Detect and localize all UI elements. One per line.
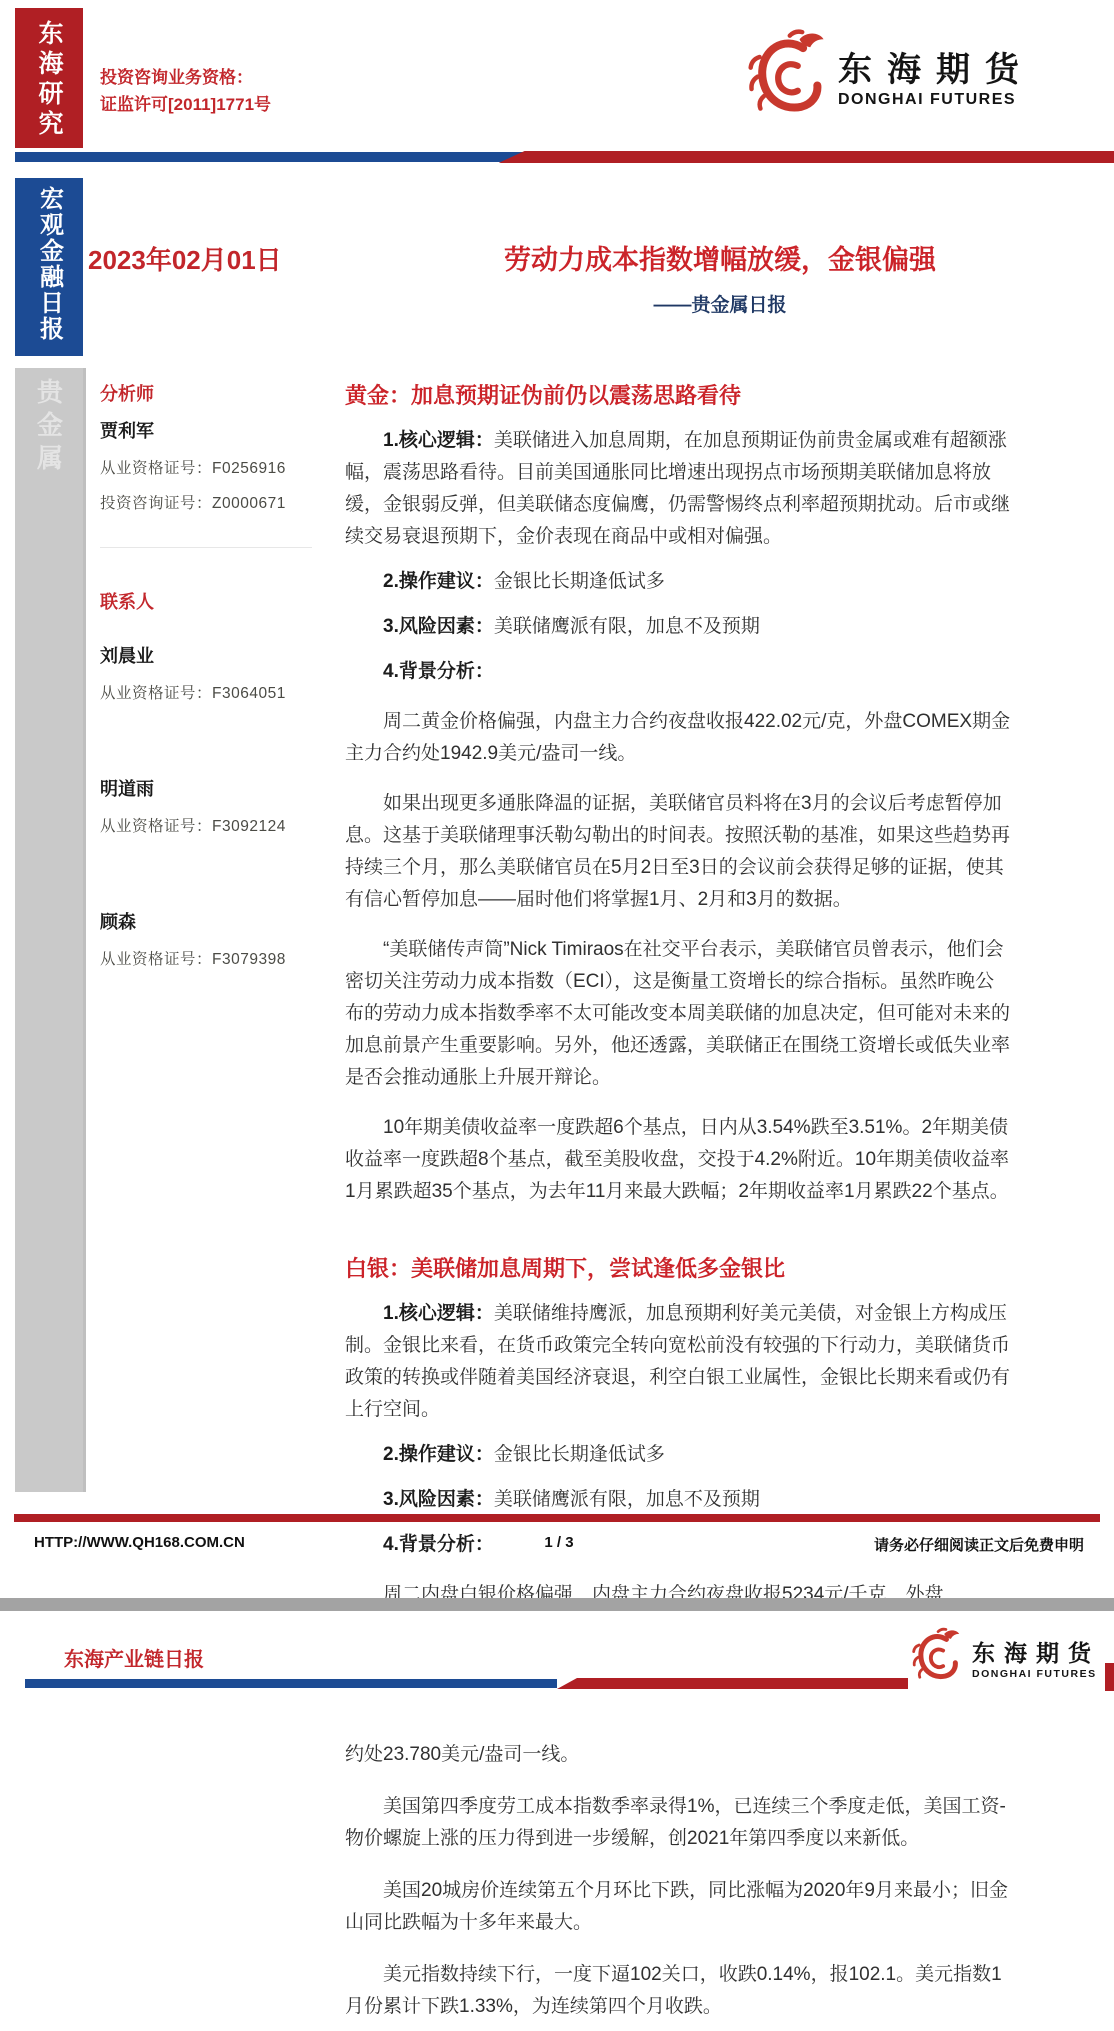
report-date: 2023年02月01日 — [88, 240, 282, 277]
report-page-2: 东海产业链日报 东海期货 DONGHAI FUTURES 约处23.780美元/… — [0, 1611, 1114, 2031]
contact-entry: 刘晨业 从业资格证号：F3064051 — [100, 642, 312, 703]
gold-background-label-row: 4.背景分析： — [345, 656, 1011, 688]
silver-risk-label: 3.风险因素： — [383, 1489, 494, 1510]
dragon-logo-icon — [912, 1625, 962, 1690]
contact-label: 联系人 — [100, 588, 312, 614]
analyst-cert-1: 从业资格证号：F0256916 — [100, 456, 312, 478]
contact-name: 顾森 — [100, 908, 312, 934]
gold-section-heading: 黄金：加息预期证伪前仍以震荡思路看待 — [345, 379, 1011, 410]
header-divider-red — [499, 151, 1114, 163]
gold-background-paragraph: 如果出现更多通胀降温的证据，美联储官员料将在3月的会议后考虑暂停加息。这基于美联… — [345, 788, 1011, 916]
gold-background-label: 4.背景分析： — [383, 661, 494, 682]
silver-risk: 3.风险因素：美联储鹰派有限，加息不及预期 — [345, 1484, 1011, 1516]
company-logo: 东海期货 DONGHAI FUTURES — [748, 26, 1034, 125]
qualification-line1: 投资咨询业务资格： — [100, 64, 271, 91]
contact-name: 明道雨 — [100, 775, 312, 801]
contact-cert: 从业资格证号：F3092124 — [100, 814, 312, 836]
qualification-text: 投资咨询业务资格： 证监许可[2011]1771号 — [100, 64, 271, 118]
brand-vertical-banner: 东海研究 — [15, 8, 83, 148]
dragon-logo-icon — [748, 26, 828, 125]
silver-background-paragraph: 周二内盘白银价格偏强，内盘主力合约夜盘收报5234元/千克，外盘COMEX期银主… — [345, 1579, 1011, 1598]
report-type-text: 宏观金融日报 — [32, 186, 67, 342]
logo-chinese-name: 东海期货 — [972, 1635, 1100, 1668]
page-separator-bar — [0, 1598, 1114, 1611]
brand-banner-text: 东海研究 — [31, 20, 67, 140]
silver-core-logic: 1.核心逻辑：美联储维持鹰派，加息预期利好美元美债，对金银上方构成压制。金银比来… — [345, 1298, 1011, 1426]
silver-advice: 2.操作建议：金银比长期逢低试多 — [345, 1439, 1011, 1471]
contact-entry: 顾森 从业资格证号：F3079398 — [100, 908, 312, 969]
gold-background-paragraph: 10年期美债收益率一度跌超6个基点，日内从3.54%跌至3.51%。2年期美债收… — [345, 1112, 1011, 1208]
company-logo-small: 东海期货 DONGHAI FUTURES — [908, 1623, 1104, 1692]
logo-text-block: 东海期货 DONGHAI FUTURES — [838, 42, 1034, 109]
page2-header-title: 东海产业链日报 — [64, 1643, 204, 1672]
gold-background-paragraph: 周二黄金价格偏强，内盘主力合约夜盘收报422.02元/克，外盘COMEX期金主力… — [345, 706, 1011, 770]
silver-advice-text: 金银比长期逢低试多 — [494, 1444, 665, 1465]
page2-paragraph: 美元指数持续下行，一度下逼102关口，收跌0.14%，报102.1。美元指数1月… — [345, 1959, 1011, 2023]
main-content: 劳动力成本指数增幅放缓，金银偏强 ——贵金属日报 黄金：加息预期证伪前仍以震荡思… — [345, 238, 1011, 1598]
report-title: 劳动力成本指数增幅放缓，金银偏强 — [345, 238, 1011, 277]
report-subtitle: ——贵金属日报 — [345, 290, 1011, 317]
footer-red-bar — [14, 1514, 1100, 1522]
header-divider — [15, 152, 1114, 162]
contact-cert: 从业资格证号：F3064051 — [100, 681, 312, 703]
contact-name: 刘晨业 — [100, 642, 312, 668]
gold-background-paragraph: “美联储传声筒”Nick Timiraos在社交平台表示，美联储官员曾表示，他们… — [345, 934, 1011, 1094]
analyst-column: 分析师 贾利军 从业资格证号：F0256916 投资咨询证号：Z0000671 … — [100, 380, 312, 969]
gold-core-logic: 1.核心逻辑：美联储进入加息周期，在加息预期证伪前贵金属或难有超额涨幅，震荡思路… — [345, 425, 1011, 553]
logo-english-name: DONGHAI FUTURES — [972, 1668, 1100, 1680]
contact-cert: 从业资格证号：F3079398 — [100, 947, 312, 969]
logo-english-name: DONGHAI FUTURES — [838, 91, 1034, 109]
silver-section-heading: 白银：美联储加息周期下，尝试逢低多金银比 — [345, 1252, 1011, 1283]
qualification-line2: 证监许可[2011]1771号 — [100, 91, 271, 118]
page2-red-chip — [1105, 1663, 1114, 1691]
page2-paragraph: 约处23.780美元/盎司一线。 — [345, 1739, 1011, 1771]
gold-advice-text: 金银比长期逢低试多 — [494, 571, 665, 592]
logo-chinese-name: 东海期货 — [838, 42, 1034, 91]
analyst-cert-2: 投资咨询证号：Z0000671 — [100, 491, 312, 513]
silver-advice-label: 2.操作建议： — [383, 1444, 494, 1465]
footer-disclaimer: 请务必仔细阅读正文后免费申明 — [874, 1534, 1084, 1555]
report-page-1: 东海研究 投资咨询业务资格： 证监许可[2011]1771号 东海期货 DONG… — [0, 0, 1114, 1598]
analyst-label: 分析师 — [100, 380, 312, 406]
page2-content: 约处23.780美元/盎司一线。 美国第四季度劳工成本指数季率录得1%，已连续三… — [345, 1739, 1011, 2023]
gold-risk-label: 3.风险因素： — [383, 616, 494, 637]
gold-advice: 2.操作建议：金银比长期逢低试多 — [345, 566, 1011, 598]
page2-paragraph: 美国20城房价连续第五个月环比下跌，同比涨幅为2020年9月来最小；旧金山同比跌… — [345, 1875, 1011, 1939]
gold-risk-text: 美联储鹰派有限，加息不及预期 — [494, 616, 760, 637]
analyst-name: 贾利军 — [100, 417, 312, 443]
footer: HTTP://WWW.QH168.COM.CN 1 / 3 请务必仔细阅读正文后… — [34, 1534, 1084, 1556]
page2-divider-blue — [25, 1679, 557, 1688]
category-vertical-banner: 贵金属 — [15, 368, 86, 1492]
contact-entry: 明道雨 从业资格证号：F3092124 — [100, 775, 312, 836]
category-text: 贵金属 — [31, 378, 68, 477]
gold-advice-label: 2.操作建议： — [383, 571, 494, 592]
gold-risk: 3.风险因素：美联储鹰派有限，加息不及预期 — [345, 611, 1011, 643]
silver-core-logic-label: 1.核心逻辑： — [383, 1303, 494, 1324]
silver-risk-text: 美联储鹰派有限，加息不及预期 — [494, 1489, 760, 1510]
gold-core-logic-label: 1.核心逻辑： — [383, 430, 494, 451]
logo-text-block: 东海期货 DONGHAI FUTURES — [972, 1635, 1100, 1680]
page2-paragraph: 美国第四季度劳工成本指数季率录得1%，已连续三个季度走低，美国工资-物价螺旋上涨… — [345, 1791, 1011, 1855]
info-divider — [100, 547, 312, 548]
report-type-vertical-banner: 宏观金融日报 — [15, 178, 83, 356]
